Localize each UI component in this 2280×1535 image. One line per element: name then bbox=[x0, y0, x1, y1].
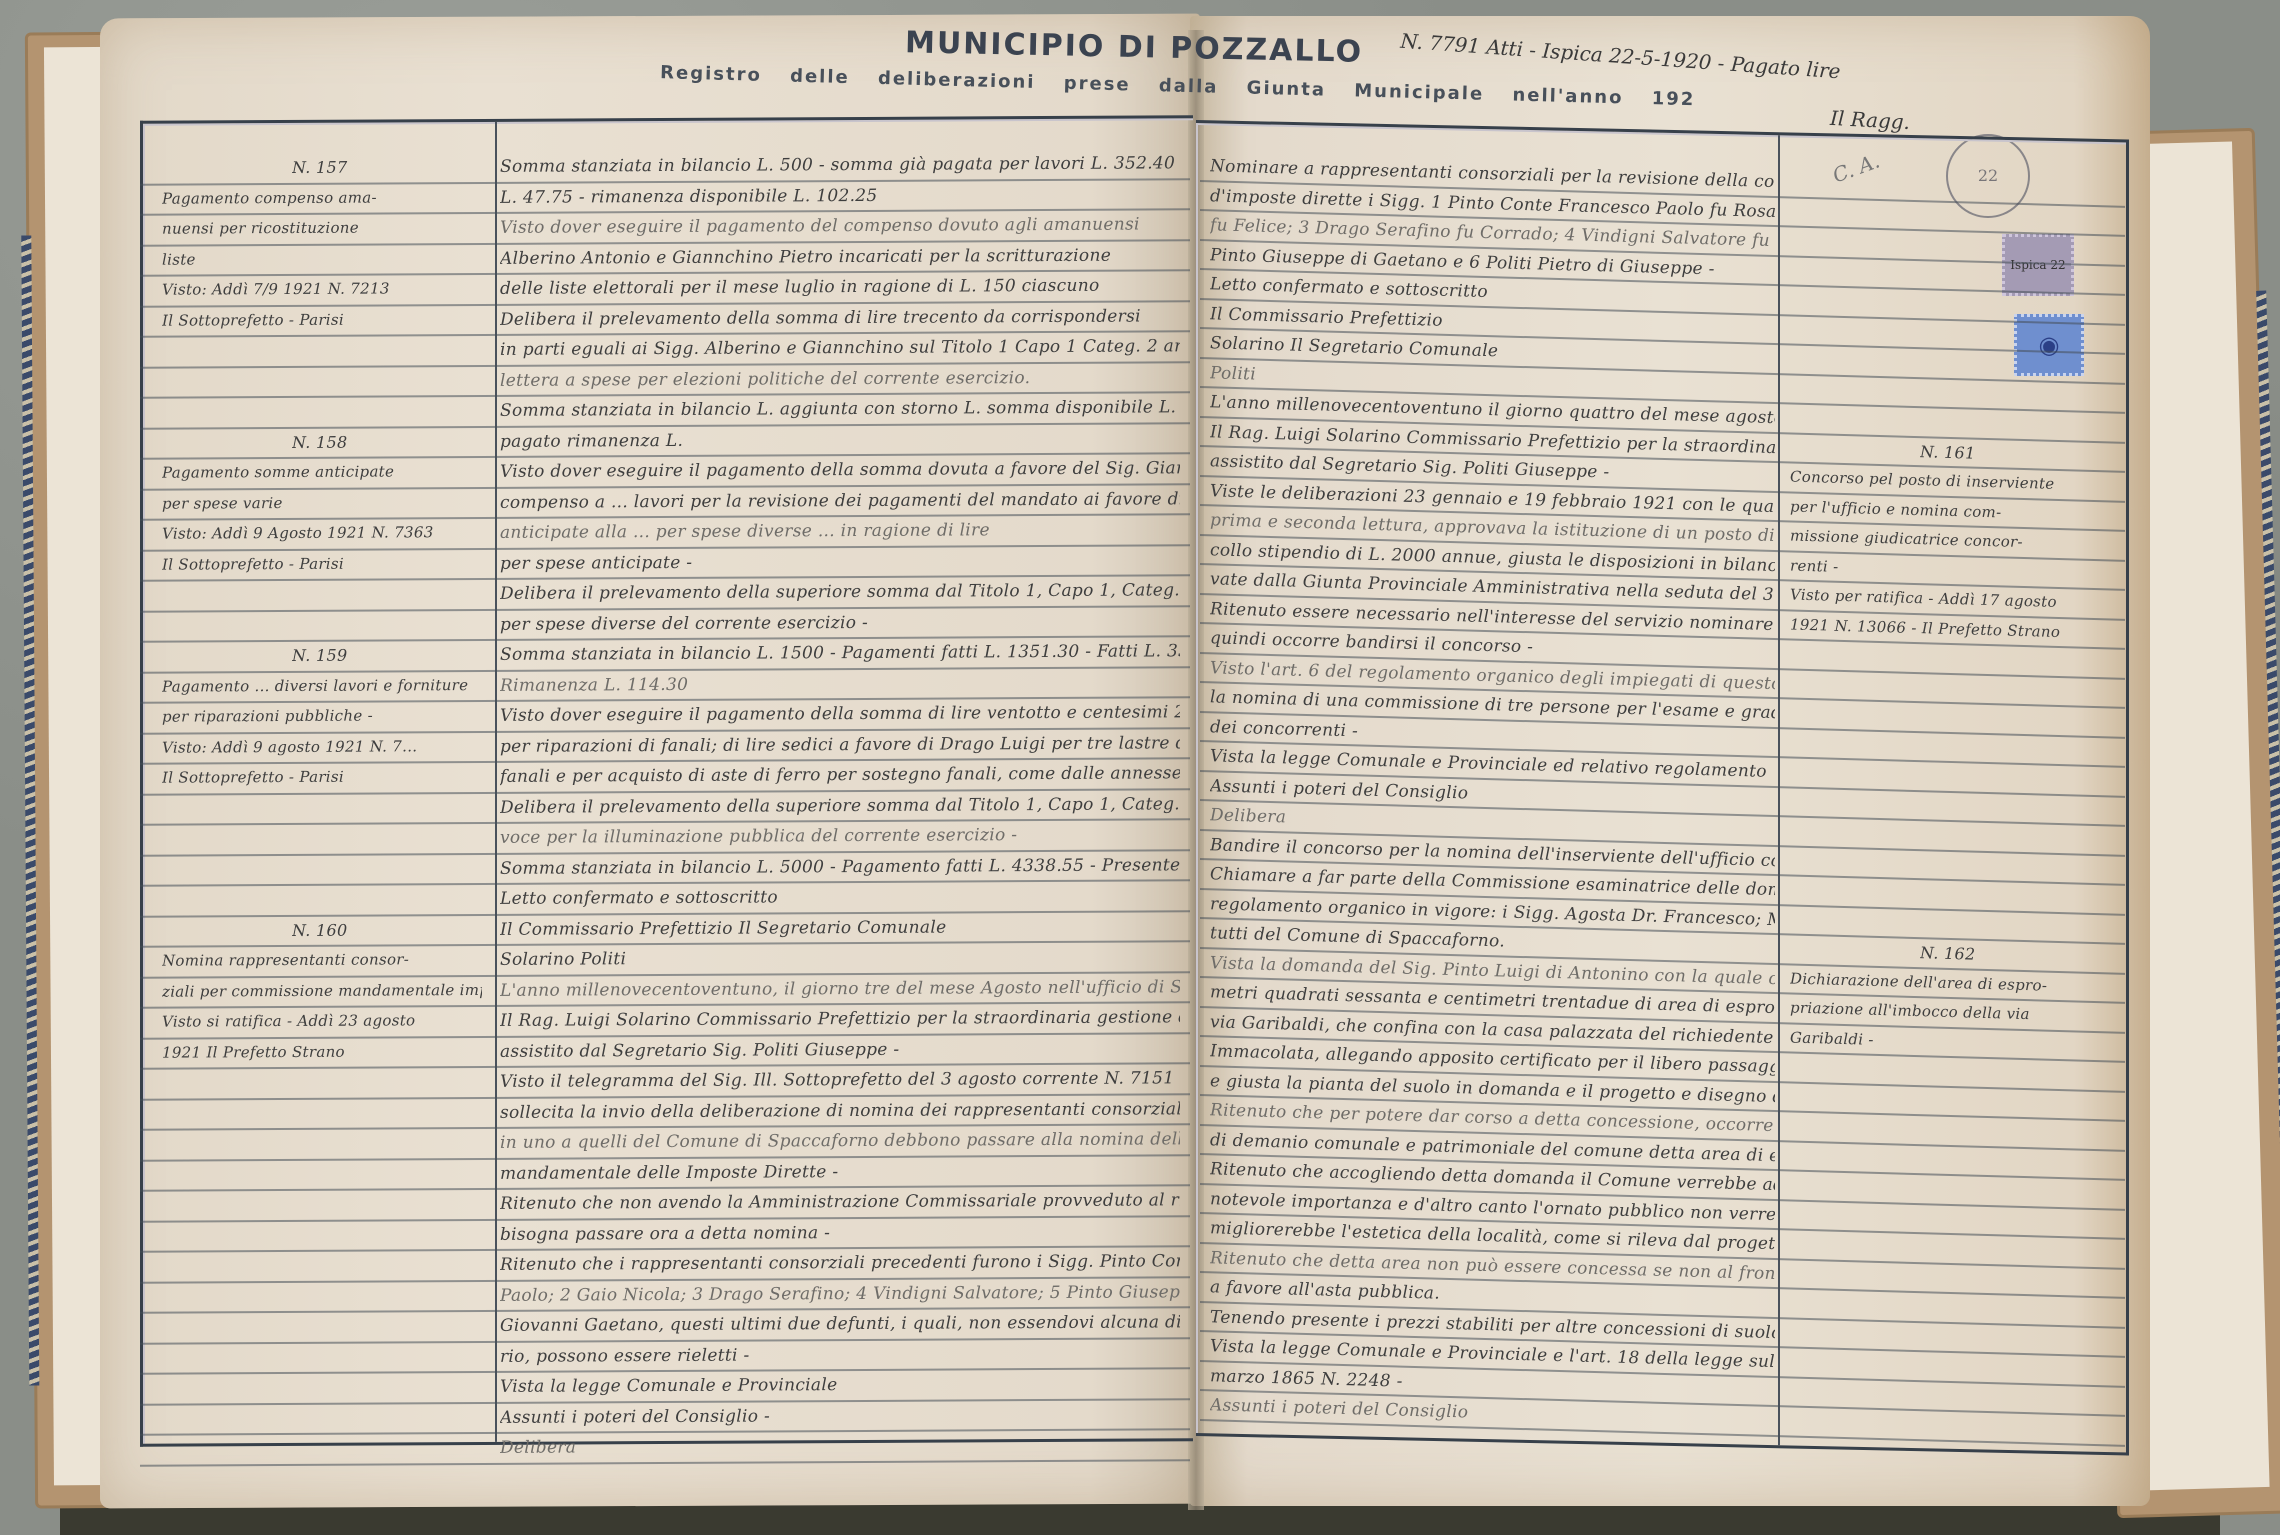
deliberation-number: N. 159 bbox=[292, 645, 412, 665]
handwritten-body-line: L'anno millenovecentoventuno, il giorno … bbox=[500, 977, 1180, 1001]
handwritten-body-line: Delibera il prelevamento della superiore… bbox=[500, 580, 1180, 604]
subtitle-word: Giunta bbox=[1246, 78, 1326, 101]
handwritten-body-line: Delibera bbox=[500, 1434, 1180, 1458]
margin-entry-line: 1921 Il Prefetto Strano bbox=[162, 1041, 482, 1061]
handwritten-body-line: Il Commissario Prefettizio Il Segretario… bbox=[500, 916, 1180, 940]
subtitle-word: prese bbox=[1063, 73, 1130, 96]
deliberation-number: N. 158 bbox=[292, 432, 412, 452]
handwritten-body-line: Somma stanziata in bilancio L. aggiunta … bbox=[500, 397, 1180, 421]
subtitle-word: deliberazioni bbox=[878, 68, 1036, 93]
margin-entry-line: Concorso pel posto di inserviente bbox=[1790, 467, 2110, 494]
deliberation-number: N. 162 bbox=[1920, 943, 2040, 965]
margin-entry-line: Il Sottoprefetto - Parisi bbox=[162, 767, 482, 787]
margin-entry-line: Dichiarazione dell'area di espro- bbox=[1790, 969, 2110, 996]
margin-entry-line: Visto: Addì 9 Agosto 1921 N. 7363 bbox=[162, 523, 482, 543]
handwritten-body-line: Letto confermato e sottoscritto bbox=[500, 885, 1180, 909]
handwritten-body-line: pagato rimanenza L. bbox=[500, 428, 1180, 452]
handwritten-body-line: anticipate alla ... per spese diverse ..… bbox=[500, 519, 1180, 543]
handwritten-body-line: compenso a ... lavori per la revisione d… bbox=[500, 489, 1180, 513]
handwritten-body-line: delle liste elettorali per il mese lugli… bbox=[500, 275, 1180, 299]
margin-entry-line: per spese varie bbox=[162, 492, 482, 512]
margin-entry-line: liste bbox=[162, 248, 482, 268]
margin-entry-line: nuensi per ricostituzione bbox=[162, 218, 482, 238]
subtitle-word: nell'anno bbox=[1512, 85, 1624, 109]
deliberation-number: N. 161 bbox=[1920, 442, 2040, 464]
cover-marbled-edge-left bbox=[21, 235, 39, 1385]
handwritten-body-line: fanali e per acquisto di aste di ferro p… bbox=[500, 763, 1180, 787]
handwritten-body-line: Visto il telegramma del Sig. Ill. Sottop… bbox=[500, 1068, 1180, 1092]
handwritten-body-line: per spese anticipate - bbox=[500, 550, 1180, 574]
margin-entry-line: per l'ufficio e nomina com- bbox=[1790, 497, 2110, 524]
subtitle-word: 192 bbox=[1651, 88, 1695, 110]
handwritten-body-line: Somma stanziata in bilancio L. 500 - som… bbox=[500, 153, 1180, 177]
subtitle-word: Registro bbox=[660, 62, 762, 86]
handwritten-body-line: Vista la legge Comunale e Provinciale bbox=[500, 1373, 1180, 1397]
margin-entry-line: ziali per commissione mandamentale impos… bbox=[162, 980, 482, 1000]
handwritten-body-line: Rimanenza L. 114.30 bbox=[500, 672, 1180, 696]
margin-entry-line: Il Sottoprefetto - Parisi bbox=[162, 553, 482, 573]
handwritten-body-line: L. 47.75 - rimanenza disponibile L. 102.… bbox=[500, 184, 1180, 208]
handwritten-body-line: assistito dal Segretario Sig. Politi Giu… bbox=[500, 1038, 1180, 1062]
margin-entry-line: missione giudicatrice concor- bbox=[1790, 526, 2110, 553]
handwritten-body-line: Alberino Antonio e Giannchino Pietro inc… bbox=[500, 245, 1180, 269]
handwritten-body-line: per spese diverse del corrente esercizio… bbox=[500, 611, 1180, 635]
handwritten-body-line: in parti eguali ai Sigg. Alberino e Gian… bbox=[500, 336, 1180, 360]
right-ruled-area: Nominare a rappresentanti consorziali pe… bbox=[1200, 150, 2125, 1466]
handwritten-body-line: Visto dover eseguire il pagamento della … bbox=[500, 702, 1180, 726]
handwritten-body-line: Visto dover eseguire il pagamento della … bbox=[500, 458, 1180, 482]
margin-entry-line: Garibaldi - bbox=[1790, 1028, 2110, 1055]
handwritten-body-line: Giovanni Gaetano, questi ultimi due defu… bbox=[500, 1312, 1180, 1336]
margin-entry-line: 1921 N. 13066 - Il Prefetto Strano bbox=[1790, 615, 2110, 642]
margin-entry-line: Pagamento ... diversi lavori e forniture bbox=[162, 675, 482, 695]
handwritten-body-line: Delibera il prelevamento della somma di … bbox=[500, 306, 1180, 330]
handwritten-body-line: Solarino Politi bbox=[500, 946, 1180, 970]
handwritten-body-line: Ritenuto che non avendo la Amministrazio… bbox=[500, 1190, 1180, 1214]
margin-entry-line: Pagamento compenso ama- bbox=[162, 187, 482, 207]
margin-entry-line: priazione all'imbocco della via bbox=[1790, 998, 2110, 1025]
margin-entry-line: Il Sottoprefetto - Parisi bbox=[162, 309, 482, 329]
handwritten-body-line: rio, possono essere rieletti - bbox=[500, 1343, 1180, 1367]
subtitle-word: Municipale bbox=[1354, 80, 1484, 104]
margin-entry-line: renti - bbox=[1790, 556, 2110, 583]
margin-entry-line: Nomina rappresentanti consor- bbox=[162, 950, 482, 970]
handwritten-body-line: Somma stanziata in bilancio L. 5000 - Pa… bbox=[500, 855, 1180, 879]
handwritten-body-line: Delibera il prelevamento della superiore… bbox=[500, 794, 1180, 818]
handwritten-body-line: Assunti i poteri del Consiglio - bbox=[500, 1404, 1180, 1428]
handwritten-body-line: bisogna passare ora a detta nomina - bbox=[500, 1221, 1180, 1245]
handwritten-body-line: Visto dover eseguire il pagamento del co… bbox=[500, 214, 1180, 238]
handwritten-body-line: in uno a quelli del Comune di Spaccaforn… bbox=[500, 1129, 1180, 1153]
margin-entry-line: Visto per ratifica - Addì 17 agosto bbox=[1790, 585, 2110, 612]
margin-entry-line: Visto si ratifica - Addì 23 agosto bbox=[162, 1011, 482, 1031]
handwritten-body-line: per riparazioni di fanali; di lire sedic… bbox=[500, 733, 1180, 757]
subtitle-word: dalla bbox=[1159, 75, 1219, 98]
handwritten-body-line: Ritenuto che i rappresentanti consorzial… bbox=[500, 1251, 1180, 1275]
deliberation-number: N. 157 bbox=[292, 157, 412, 177]
handwritten-body-line: mandamentale delle Imposte Dirette - bbox=[500, 1160, 1180, 1184]
handwritten-body-line: Il Rag. Luigi Solarino Commissario Prefe… bbox=[500, 1007, 1180, 1031]
margin-entry-line: Visto: Addì 7/9 1921 N. 7213 bbox=[162, 279, 482, 299]
handwritten-body-line: lettera a spese per elezioni politiche d… bbox=[500, 367, 1180, 391]
left-ruled-area: Somma stanziata in bilancio L. 500 - som… bbox=[140, 147, 1190, 1442]
deliberation-number: N. 160 bbox=[292, 920, 412, 940]
handwritten-body-line: Somma stanziata in bilancio L. 1500 - Pa… bbox=[500, 641, 1180, 665]
margin-entry-line: per riparazioni pubbliche - bbox=[162, 706, 482, 726]
handwritten-header-note-2: Il Ragg. bbox=[1829, 106, 1910, 134]
handwritten-body-line: Paolo; 2 Gaio Nicola; 3 Drago Serafino; … bbox=[500, 1282, 1180, 1306]
subtitle-word: delle bbox=[790, 66, 850, 89]
handwritten-body-line: voce per la illuminazione pubblica del c… bbox=[500, 824, 1180, 848]
margin-entry-line: Pagamento somme anticipate bbox=[162, 462, 482, 482]
margin-entry-line: Visto: Addì 9 agosto 1921 N. 7... bbox=[162, 736, 482, 756]
handwritten-body-line: sollecita la invio della deliberazione d… bbox=[500, 1099, 1180, 1123]
